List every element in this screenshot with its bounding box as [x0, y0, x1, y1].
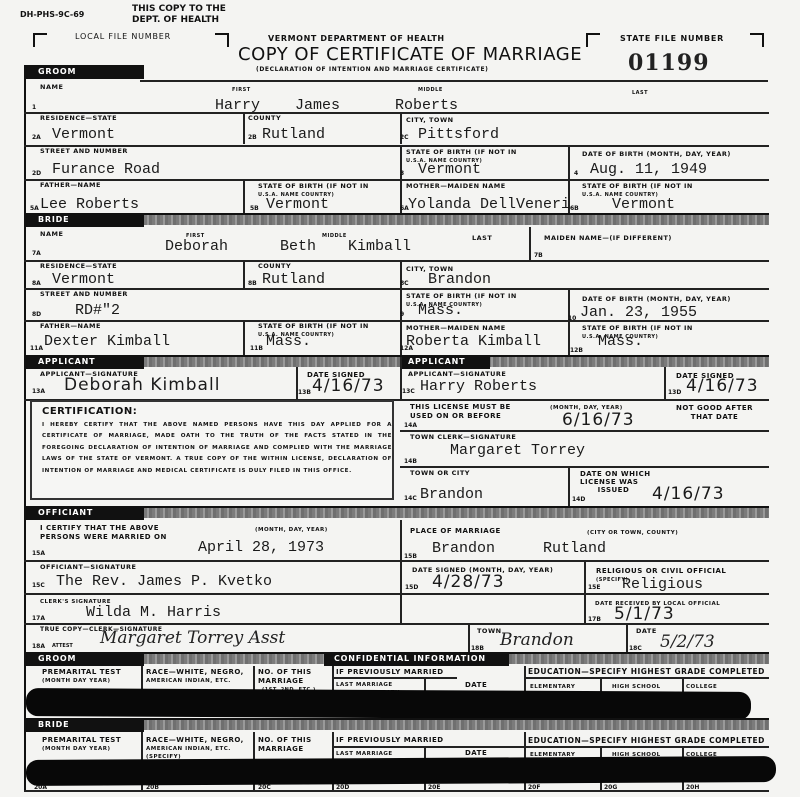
married-on-label: I CERTIFY THAT THE ABOVEPERSONS WERE MAR…	[40, 524, 167, 542]
bride-street-label: STREET AND NUMBER	[40, 290, 128, 298]
groom-education-label: EDUCATION—SPECIFY HIGHEST GRADE COMPLETE…	[528, 668, 765, 676]
attest-signature: Margaret Torrey Asst	[100, 628, 285, 648]
local-file-number-label: LOCAL FILE NUMBER	[75, 32, 171, 41]
applicant-bride-date: 4/16/73	[312, 376, 385, 396]
bride-premarital-label: PREMARITAL TEST	[42, 736, 121, 744]
groom-prev-married-label: IF PREVIOUSLY MARRIED	[336, 668, 444, 676]
certification-box: CERTIFICATION: I HEREBY CERTIFY THAT THE…	[30, 400, 394, 500]
marriage-date: April 28, 1973	[198, 539, 324, 556]
official-type-label: RELIGIOUS OR CIVIL OFFICIAL	[596, 567, 726, 575]
field-number: 8C	[400, 280, 409, 287]
bride-county-label: COUNTY	[258, 262, 291, 270]
divider	[243, 260, 245, 288]
applicant-groom-sig-label: APPLICANT—SIGNATURE	[408, 370, 506, 378]
bride-middle-label: MIDDLE	[322, 232, 347, 240]
attest-date-label: DATE	[636, 627, 657, 635]
groom-name-label: NAME	[40, 83, 63, 91]
field-number: 11B	[250, 345, 263, 352]
not-good-after-label: NOT GOOD AFTERTHAT DATE	[676, 404, 753, 422]
married-on-mdy-label: (MONTH, DAY, YEAR)	[255, 526, 328, 534]
divider	[400, 430, 769, 432]
divider	[568, 466, 570, 506]
divider	[243, 320, 245, 355]
field-number: 14B	[404, 458, 417, 465]
local-file-bracket-right	[215, 33, 229, 47]
groom-street-label: STREET AND NUMBER	[40, 147, 128, 155]
groom-county-label: COUNTY	[248, 114, 281, 122]
groom-father-label: FATHER—NAME	[40, 181, 101, 189]
officiant-sig-label: OFFICIANT—SIGNATURE	[40, 563, 136, 571]
state-file-number-label: STATE FILE NUMBER	[620, 34, 724, 43]
applicant-bride-signature: Deborah Kimball	[64, 375, 220, 395]
groom-marriage-no-label: NO. OF THISMARRIAGE	[258, 668, 312, 686]
field-number: 12B	[570, 347, 583, 354]
field-number: 9	[400, 311, 404, 318]
field-number: 15C	[32, 582, 45, 589]
applicant-groom-date: 4/16/73	[686, 376, 759, 396]
copy-destination: THIS COPY TO THE DEPT. OF HEALTH	[132, 4, 226, 26]
groom-residence-state-label: RESIDENCE—STATE	[40, 114, 117, 122]
groom-high-school-label: HIGH SCHOOL	[612, 683, 661, 691]
license-expiry-label: THIS LICENSE MUST BEUSED ON OR BEFORE	[410, 403, 511, 421]
form-bottom-border	[24, 790, 769, 792]
field-number: 7B	[534, 252, 543, 259]
groom-prev-date-label: DATE	[465, 681, 487, 689]
divider	[24, 623, 769, 625]
field-number: 8D	[32, 311, 41, 318]
header-rule	[140, 80, 768, 82]
groom-father: Lee Roberts	[40, 196, 139, 213]
groom-band: GROOM	[24, 67, 144, 79]
field-number: 15B	[404, 553, 417, 560]
divider	[524, 746, 769, 748]
confidential-groom-band: GROOM CONFIDENTIAL INFORMATION	[24, 652, 769, 664]
field-number: 7A	[32, 250, 41, 257]
field-number: 6B	[570, 205, 579, 212]
bride-band: BRIDE	[24, 213, 769, 225]
groom-race-label2: AMERICAN INDIAN, ETC.	[146, 677, 231, 685]
divider	[24, 112, 769, 114]
bride-residence-state-label: RESIDENCE—STATE	[40, 262, 117, 270]
attest-date: 5/2/73	[660, 632, 715, 652]
field-number: 14D	[572, 496, 585, 503]
divider	[24, 288, 769, 290]
confidential-title: CONFIDENTIAL INFORMATION	[324, 652, 509, 666]
town-or-city-label: TOWN OR CITY	[410, 469, 470, 477]
field-number: 18C	[629, 645, 642, 652]
divider	[243, 179, 245, 213]
bride-marriage-no-label: NO. OF THISMARRIAGE	[258, 736, 312, 754]
divider	[664, 367, 666, 400]
field-number: 11A	[30, 345, 43, 352]
confidential-bride-tab: BRIDE	[24, 718, 144, 732]
bride-maiden-label: MAIDEN NAME—(IF DIFFERENT)	[544, 234, 672, 242]
town-clerk-signature: Margaret Torrey	[450, 442, 585, 459]
copy-to-line-1: THIS COPY TO THE	[132, 4, 226, 15]
field-number: 13C	[402, 388, 415, 395]
divider	[332, 746, 524, 748]
applicant-groom-signature: Harry Roberts	[420, 378, 537, 395]
field-number: 15A	[32, 550, 45, 557]
bride-mother-label: MOTHER—MAIDEN NAME	[406, 324, 506, 332]
groom-college-label: COLLEGE	[686, 683, 717, 691]
divider	[24, 260, 769, 262]
field-number: 2B	[248, 134, 257, 141]
official-type: Religious	[622, 576, 703, 593]
groom-dob-label: DATE OF BIRTH (MONTH, DAY, YEAR)	[582, 150, 731, 158]
place-of-marriage-label: PLACE OF MARRIAGE	[410, 527, 501, 535]
groom-last-label: LAST	[632, 89, 648, 97]
bride-last-label: LAST	[472, 234, 492, 242]
groom-first-label: FIRST	[232, 86, 251, 94]
groom-premarital-label: PREMARITAL TEST	[42, 668, 121, 676]
bride-county: Rutland	[262, 271, 325, 288]
applicant-section-tab-left: APPLICANT	[24, 355, 144, 369]
confidential-bride-band: BRIDE	[24, 718, 769, 730]
marriage-place-county: Rutland	[543, 540, 606, 557]
bride-premarital-hint: (MONTH DAY YEAR)	[42, 745, 110, 753]
divider	[24, 320, 769, 322]
field-number: 13B	[298, 389, 311, 396]
redaction-bar	[26, 756, 776, 786]
groom-city: Pittsford	[418, 126, 499, 143]
bride-father-state: Mass.	[266, 333, 311, 350]
local-file-bracket-left	[33, 33, 47, 47]
bride-street: RD#"2	[75, 302, 120, 319]
bride-mother: Roberta Kimball	[406, 333, 541, 350]
field-number: 5B	[250, 205, 259, 212]
field-number: 8A	[32, 280, 41, 287]
bride-race-label: RACE—WHITE, NEGRO,	[146, 736, 244, 744]
field-number: 13A	[32, 388, 45, 395]
bride-mother-state: Mass.	[598, 333, 643, 350]
bride-father: Dexter Kimball	[44, 333, 170, 350]
groom-residence-state: Vermont	[52, 126, 115, 143]
officiant-section-tab: OFFICIANT	[24, 506, 144, 520]
bride-prev-date-label: DATE	[465, 749, 487, 757]
confidential-groom-tab: GROOM	[24, 652, 144, 666]
groom-county: Rutland	[262, 126, 325, 143]
field-number: 14A	[404, 422, 417, 429]
license-town: Brandon	[420, 486, 483, 503]
certification-title: CERTIFICATION:	[42, 406, 137, 417]
applicant-band: APPLICANT APPLICANT	[24, 355, 769, 367]
field-number: 18A	[32, 643, 45, 650]
groom-middle-label: MIDDLE	[418, 86, 443, 94]
field-number: 14C	[404, 495, 417, 502]
divider	[468, 623, 470, 653]
divider	[524, 677, 769, 679]
field-number: 17A	[32, 615, 45, 622]
divider	[400, 520, 402, 623]
certification-text: I HEREBY CERTIFY THAT THE ABOVE NAMED PE…	[42, 420, 392, 477]
bride-last-marriage-label: LAST MARRIAGE	[336, 750, 393, 758]
field-number: 18B	[471, 645, 484, 652]
field-number: 13D	[668, 389, 681, 396]
bride-prev-married-label: IF PREVIOUSLY MARRIED	[336, 736, 444, 744]
officiant-band: OFFICIANT	[24, 506, 769, 518]
bride-dob: Jan. 23, 1955	[580, 304, 697, 321]
groom-mother-state: Vermont	[612, 196, 675, 213]
divider	[24, 560, 769, 562]
bride-dob-label: DATE OF BIRTH (MONTH, DAY, YEAR)	[582, 295, 731, 303]
officiant-signature: The Rev. James P. Kvetko	[56, 573, 272, 590]
applicant-section-tab-right: APPLICANT	[400, 355, 490, 369]
field-number: 2D	[32, 170, 41, 177]
field-number: 1	[32, 104, 36, 111]
groom-mother-label: MOTHER—MAIDEN NAME	[406, 182, 506, 190]
divider	[332, 677, 457, 679]
bride-last-name: Kimball	[348, 238, 411, 255]
bride-middle-name: Beth	[280, 238, 316, 255]
state-file-bracket-left	[586, 33, 600, 47]
divider	[24, 145, 769, 147]
clerk-signature: Wilda M. Harris	[86, 604, 221, 621]
attest-label: ATTEST	[52, 643, 73, 649]
town-clerk-sig-label: TOWN CLERK—SIGNATURE	[410, 433, 516, 441]
bride-name-label: NAME	[40, 230, 63, 238]
officiant-date-signed: 4/28/73	[432, 572, 505, 592]
field-number: 17B	[588, 616, 601, 623]
groom-mother: Yolanda DellVeneri	[408, 196, 570, 213]
bride-father-label: FATHER—NAME	[40, 322, 101, 330]
groom-dob: Aug. 11, 1949	[590, 161, 707, 178]
groom-premarital-hint: (MONTH DAY YEAR)	[42, 677, 110, 685]
state-file-bracket-right	[750, 33, 764, 47]
divider	[243, 112, 245, 144]
attest-town-label: TOWN	[477, 627, 502, 635]
field-number: 2A	[32, 134, 41, 141]
page-title: COPY OF CERTIFICATE OF MARRIAGE	[238, 44, 582, 65]
divider	[529, 227, 531, 260]
field-number: 2C	[400, 134, 409, 141]
license-issued-label: DATE ON WHICHLICENSE WAS ISSUED	[580, 470, 651, 494]
marriage-place-city: Brandon	[432, 540, 495, 557]
date-received: 5/1/73	[614, 604, 675, 624]
department-name: VERMONT DEPARTMENT OF HEALTH	[268, 34, 445, 43]
place-hint: (CITY OR TOWN, COUNTY)	[587, 529, 678, 537]
field-number: 3	[400, 170, 404, 177]
groom-section-tab: GROOM	[24, 65, 144, 79]
divider	[24, 179, 769, 181]
bride-city: Brandon	[428, 271, 491, 288]
divider	[24, 593, 769, 595]
bride-first-name: Deborah	[165, 238, 228, 255]
license-expiry-date: 6/16/73	[562, 410, 635, 430]
groom-race-label: RACE—WHITE, NEGRO,	[146, 668, 244, 676]
copy-to-line-2: DEPT. OF HEALTH	[132, 15, 226, 26]
field-number: 8B	[248, 280, 257, 287]
groom-city-label: CITY, TOWN	[406, 116, 454, 124]
bride-section-tab: BRIDE	[24, 213, 144, 227]
groom-street: Furance Road	[52, 161, 160, 178]
bride-birth-state: Mass.	[418, 302, 463, 319]
field-number: 15E	[588, 584, 600, 591]
bride-education-label: EDUCATION—SPECIFY HIGHEST GRADE COMPLETE…	[528, 737, 765, 745]
bride-residence-state: Vermont	[52, 271, 115, 288]
divider	[626, 623, 628, 653]
field-number: 15D	[405, 584, 418, 591]
groom-birth-state: Vermont	[418, 161, 481, 178]
redaction-bar	[26, 688, 751, 720]
form-id: DH-PHS-9C-69	[20, 10, 84, 19]
license-issued-date: 4/16/73	[652, 484, 725, 504]
divider	[400, 466, 769, 468]
groom-father-state: Vermont	[266, 196, 329, 213]
bride-race-label2: AMERICAN INDIAN, ETC.	[146, 745, 231, 753]
field-number: 5A	[30, 205, 39, 212]
field-number: 4	[574, 170, 578, 177]
groom-last-marriage-label: LAST MARRIAGE	[336, 681, 393, 689]
attest-town: Brandon	[500, 630, 574, 650]
divider	[584, 560, 586, 623]
